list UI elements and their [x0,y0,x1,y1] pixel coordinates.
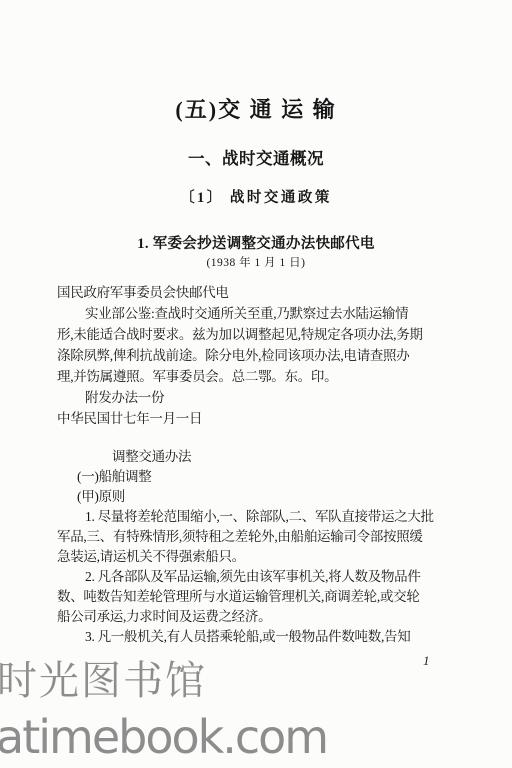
body-line: 中华民国廿七年一月一日 [57,408,461,429]
body-line: 船公司承运,力求时间及运费之经济。 [57,607,461,627]
body-line: 涤除夙弊,俾利抗战前途。除分电外,检同该项办法,电请查照办 [57,345,461,366]
book-page: (五)交 通 运 输 一、战时交通概况 〔1〕 战时交通政策 1. 军委会抄送调… [0,0,512,768]
body-line: 3. 凡一般机关,有人员搭乘轮船,或一般物品件数吨数,告知 [57,627,461,647]
subsection-title: 〔1〕 战时交通政策 [0,191,512,206]
body-line: 急装运,请运机关不得强索船只。 [57,547,461,567]
body-line: 实业部公鉴:查战时交通所关至重,乃默察过去水陆运输情 [57,303,461,324]
body-line: 1. 尽量将差轮范围缩小,一、除部队,二、军队直接带运之大批 [57,507,461,527]
measures-paragraph: 调整交通办法 (一)船舶调整 (甲)原则 1. 尽量将差轮范围缩小,一、除部队,… [57,447,461,647]
section-title: 一、战时交通概况 [0,151,512,168]
body-line: 附发办法一份 [57,387,461,408]
body-line: 2. 凡各部队及军品运输,须先由该军事机关,将人数及物品件 [57,567,461,587]
body-line: (一)船舶调整 [57,467,461,487]
body-line: (甲)原则 [57,487,461,507]
document-date: (1938 年 1 月 1 日) [0,258,512,270]
telegram-paragraph: 国民政府军事委员会快邮代电 实业部公鉴:查战时交通所关至重,乃默察过去水陆运输情… [57,282,461,429]
watermark-site-url: atimebook.com [0,714,327,760]
body-line: 理,并饬属遵照。军事委员会。总二鄂。东。印。 [57,366,461,387]
body-line: 形,未能适合战时要求。兹为加以调整起见,特规定各项办法,务期 [57,324,461,345]
chapter-title: (五)交 通 运 输 [0,99,512,121]
body-line: 数、吨数告知差轮管理所与水道运输管理机关,商调差轮,或交轮 [57,587,461,607]
body-line: 国民政府军事委员会快邮代电 [57,282,461,303]
watermark-site-name: 时光图书馆 [0,661,207,701]
page-number: 1 [423,654,430,667]
body-line: 军品,三、有特殊情形,须特租之差轮外,由船舶运输司令部按照缓 [57,527,461,547]
document-heading: 1. 军委会抄送调整交通办法快邮代电 [0,237,512,252]
body-line: 调整交通办法 [57,447,461,467]
